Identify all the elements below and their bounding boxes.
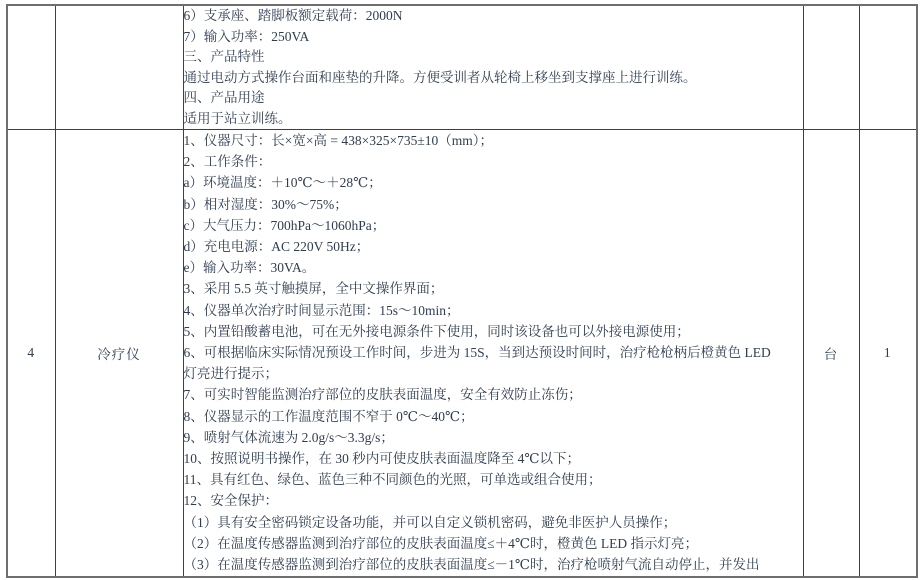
spec-line: c）大气压力：700hPa～1060hPa； (184, 215, 803, 236)
table-row: 6）支承座、踏脚板额定载荷：2000N7）输入功率：250VA三、产品特性通过电… (7, 5, 917, 130)
spec-line: 4、仪器单次治疗时间显示范围：15s～10min； (184, 300, 803, 321)
unit-cell: 台 (803, 130, 859, 578)
spec-line: 5、内置铅酸蓄电池，可在无外接电源条件下使用，同时该设备也可以外接电源使用； (184, 321, 803, 342)
spec-line: 10、按照说明书操作，在 30 秒内可使皮肤表面温度降至 4℃以下； (184, 448, 803, 469)
spec-line: 灯亮进行提示； (184, 363, 803, 384)
spec-line: （1）具有安全密码锁定设备功能，并可以自定义锁机密码，避免非医护人员操作； (184, 512, 803, 533)
table-row: 4 冷疗仪 1、仪器尺寸：长×宽×高 = 438×325×735±10（mm）；… (7, 130, 917, 578)
serial-cell: 4 (7, 130, 55, 578)
spec-line: 3、采用 5.5 英寸触摸屏，全中文操作界面； (184, 278, 803, 299)
item-name-cell: 冷疗仪 (55, 130, 183, 578)
spec-line: 四、产品用途 (184, 88, 803, 109)
spec-line: 通过电动方式操作台面和座垫的升降。方便受训者从轮椅上移坐到支撑座上进行训练。 (184, 68, 803, 89)
spec-line: （3）在温度传感器监测到治疗部位的皮肤表面温度≤－1℃时，治疗枪喷射气流自动停止… (184, 554, 803, 575)
spec-cell: 1、仪器尺寸：长×宽×高 = 438×325×735±10（mm）；2、工作条件… (183, 130, 803, 578)
spec-line: 7、可实时智能监测治疗部位的皮肤表面温度，安全有效防止冻伤； (184, 384, 803, 405)
spec-line: b）相对湿度：30%～75%； (184, 194, 803, 215)
spec-line: 三、产品特性 (184, 47, 803, 68)
spec-line: e）输入功率：30VA。 (184, 257, 803, 278)
spec-line: 12、安全保护： (184, 490, 803, 511)
unit-cell (803, 5, 859, 130)
spec-line: 9、喷射气体流速为 2.0g/s～3.3g/s； (184, 427, 803, 448)
spec-line: d）充电电源：AC 220V 50Hz； (184, 236, 803, 257)
spec-line: 6）支承座、踏脚板额定载荷：2000N (184, 6, 803, 27)
spec-lines: 6）支承座、踏脚板额定载荷：2000N7）输入功率：250VA三、产品特性通过电… (184, 6, 803, 129)
spec-line: 1、仪器尺寸：长×宽×高 = 438×325×735±10（mm）； (184, 130, 803, 151)
spec-line: 2、工作条件： (184, 151, 803, 172)
spec-lines: 1、仪器尺寸：长×宽×高 = 438×325×735±10（mm）；2、工作条件… (184, 130, 803, 575)
spec-line: 6、可根据临床实际情况预设工作时间，步进为 15S，当到达预设时间时，治疗枪枪柄… (184, 342, 803, 363)
spec-line: 8、仪器显示的工作温度范围不窄于 0℃～40℃； (184, 406, 803, 427)
quantity-cell: 1 (859, 130, 917, 578)
document-page: 6）支承座、踏脚板额定载荷：2000N7）输入功率：250VA三、产品特性通过电… (0, 0, 921, 580)
spec-line: 11、具有红色、绿色、蓝色三种不同颜色的光照，可单选或组合使用； (184, 469, 803, 490)
spec-line: 7）输入功率：250VA (184, 27, 803, 48)
spec-line: （2）在温度传感器监测到治疗部位的皮肤表面温度≤＋4℃时，橙黄色 LED 指示灯… (184, 533, 803, 554)
spec-cell: 6）支承座、踏脚板额定载荷：2000N7）输入功率：250VA三、产品特性通过电… (183, 5, 803, 130)
item-name-cell (55, 5, 183, 130)
spec-line: 适用于站立训练。 (184, 109, 803, 130)
specification-table: 6）支承座、踏脚板额定载荷：2000N7）输入功率：250VA三、产品特性通过电… (6, 4, 918, 578)
quantity-cell (859, 5, 917, 130)
serial-cell (7, 5, 55, 130)
spec-line: a）环境温度：＋10℃～＋28℃； (184, 172, 803, 193)
